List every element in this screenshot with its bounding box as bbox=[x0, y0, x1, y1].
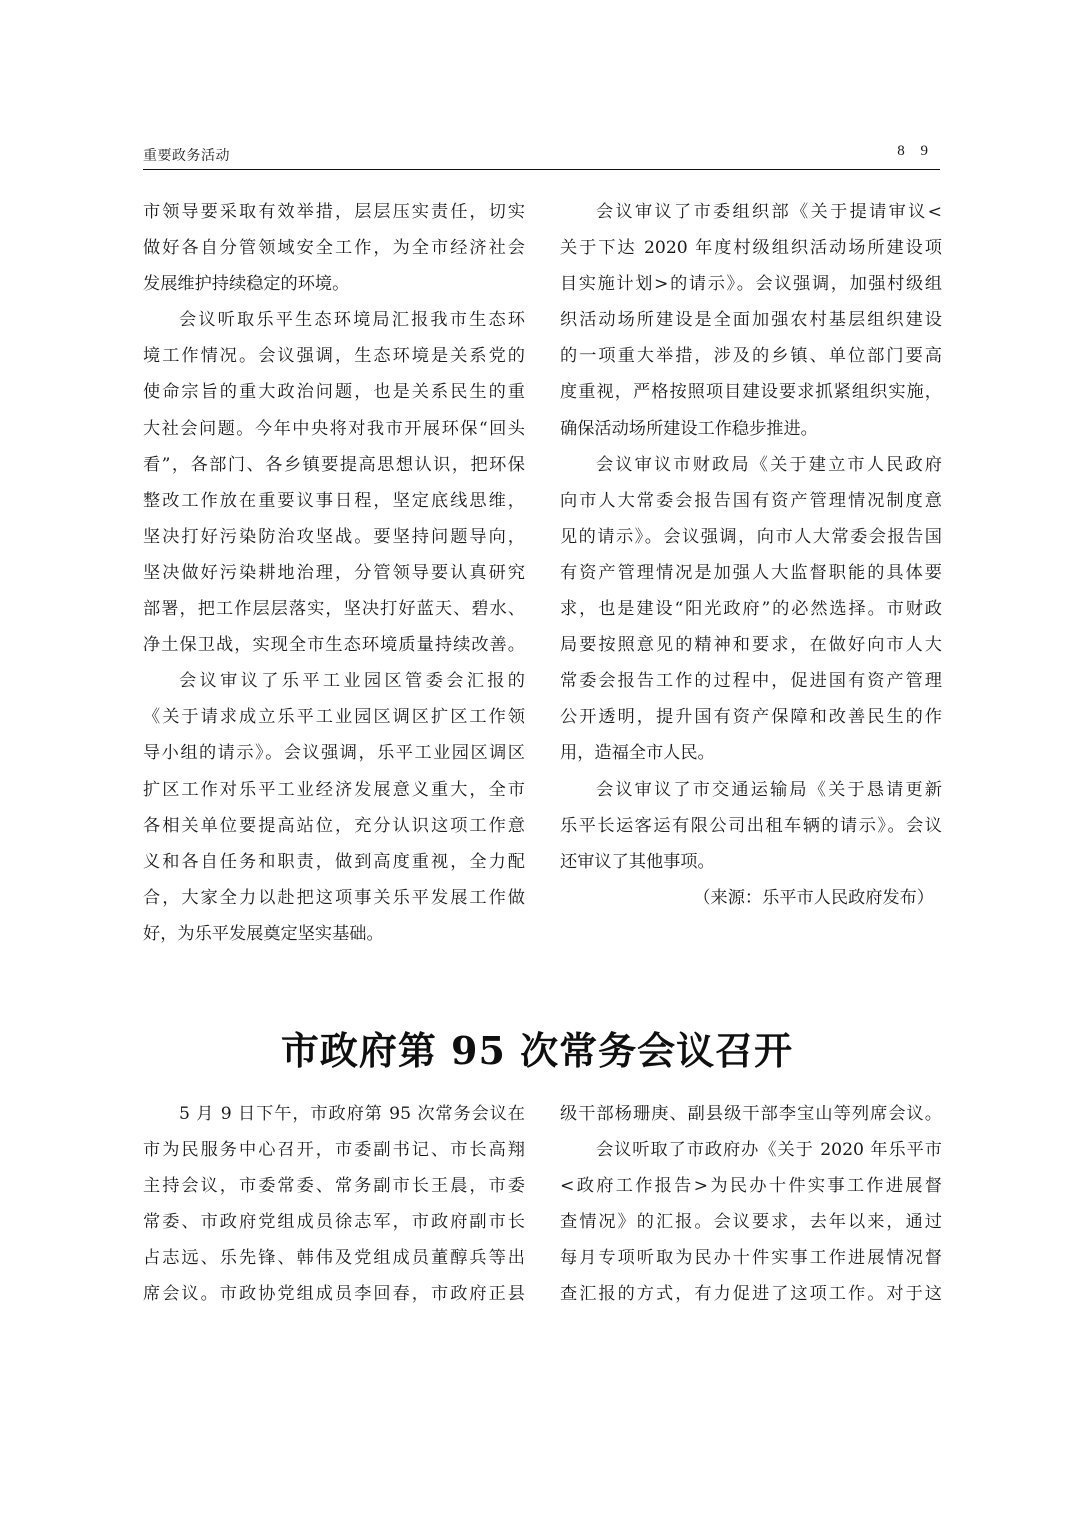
article2-title: 市政府第 95 次常务会议召开 bbox=[0, 1020, 1074, 1075]
paragraph-start-line: 会议听取乐平生态环境局汇报我市生态环 bbox=[143, 302, 525, 338]
text-line: 义和各自任务和职责，做到高度重视，全力配 bbox=[143, 844, 525, 880]
paragraph-start-line: 会议审议了市委组织部《关于提请审议< bbox=[560, 194, 942, 230]
text-line: 乐平长运客运有限公司出租车辆的请示》。会议 bbox=[560, 808, 942, 844]
text-line: 市领导要采取有效举措，层层压实责任，切实 bbox=[143, 194, 525, 230]
text-line: 度重视，严格按照项目建设要求抓紧组织实施， bbox=[560, 374, 942, 410]
paragraph-start-line: 会议审议市财政局《关于建立市人民政府 bbox=[560, 447, 942, 483]
paragraph-start-line: 会议审议了市交通运输局《关于恳请更新 bbox=[560, 772, 942, 808]
text-line: 关于下达 2020 年度村级组织活动场所建设项 bbox=[560, 230, 942, 266]
text-line: 合，大家全力以赴把这项事关乐平发展工作做 bbox=[143, 880, 525, 916]
text-line: 部署，把工作层层落实，坚决打好蓝天、碧水、 bbox=[143, 591, 525, 627]
text-line: 见的请示》。会议强调，向市人大常委会报告国 bbox=[560, 519, 942, 555]
text-line: 《关于请求成立乐平工业园区调区扩区工作领 bbox=[143, 699, 525, 735]
text-line: 主持会议，市委常委、常务副市长王晨，市委 bbox=[143, 1168, 525, 1204]
text-line: 净土保卫战，实现全市生态环境质量持续改善。 bbox=[143, 627, 525, 663]
text-line: 公开透明，提升国有资产保障和改善民生的作 bbox=[560, 699, 942, 735]
article2-left-column: 5 月 9 日下午，市政府第 95 次常务会议在市为民服务中心召开，市委副书记、… bbox=[143, 1096, 525, 1313]
text-line: 做好各自分管领域安全工作，为全市经济社会 bbox=[143, 230, 525, 266]
text-line: 境工作情况。会议强调，生态环境是关系党的 bbox=[143, 338, 525, 374]
text-line: 导小组的请示》。会议强调，乐平工业园区调区 bbox=[143, 735, 525, 771]
text-line: 发展维护持续稳定的环境。 bbox=[143, 266, 525, 302]
text-line: 目实施计划>的请示》。会议强调，加强村级组 bbox=[560, 266, 942, 302]
article2-right-column: 级干部杨珊庚、副县级干部李宝山等列席会议。会议听取了市政府办《关于 2020 年… bbox=[560, 1096, 942, 1313]
text-line: <政府工作报告>为民办十件实事工作进展督 bbox=[560, 1168, 942, 1204]
section-title: 重要政务活动 bbox=[143, 145, 230, 165]
article1-left-column: 市领导要采取有效举措，层层压实责任，切实做好各自分管领域安全工作，为全市经济社会… bbox=[143, 194, 525, 952]
text-line: 整改工作放在重要议事日程，坚定底线思维， bbox=[143, 483, 525, 519]
text-line: 看”，各部门、各乡镇要提高思想认识，把环保 bbox=[143, 447, 525, 483]
text-line: 扩区工作对乐平工业经济发展意义重大，全市 bbox=[143, 772, 525, 808]
paragraph-start-line: 会议听取了市政府办《关于 2020 年乐平市 bbox=[560, 1132, 942, 1168]
text-line: 向市人大常委会报告国有资产管理情况制度意 bbox=[560, 483, 942, 519]
paragraph-start-line: 会议审议了乐平工业园区管委会汇报的 bbox=[143, 663, 525, 699]
text-line: 占志远、乐先锋、韩伟及党组成员董醇兵等出 bbox=[143, 1240, 525, 1276]
text-line: 局要按照意见的精神和要求，在做好向市人大 bbox=[560, 627, 942, 663]
text-line: 使命宗旨的重大政治问题，也是关系民生的重 bbox=[143, 374, 525, 410]
text-line: 各相关单位要提高站位，充分认识这项工作意 bbox=[143, 808, 525, 844]
text-line: 坚决做好污染耕地治理，分管领导要认真研究 bbox=[143, 555, 525, 591]
text-line: 坚决打好污染防治攻坚战。要坚持问题导向， bbox=[143, 519, 525, 555]
running-header: 重要政务活动 8 9 bbox=[143, 143, 940, 170]
text-line: 还审议了其他事项。 bbox=[560, 844, 942, 880]
text-line: 织活动场所建设是全面加强农村基层组织建设 bbox=[560, 302, 942, 338]
text-line: 求，也是建设“阳光政府”的必然选择。市财政 bbox=[560, 591, 942, 627]
text-line: 好，为乐平发展奠定坚实基础。 bbox=[143, 916, 525, 952]
text-line: 大社会问题。今年中央将对我市开展环保“回头 bbox=[143, 411, 525, 447]
page-number: 8 9 bbox=[897, 143, 934, 160]
text-line: 席会议。市政协党组成员李回春，市政府正县 bbox=[143, 1276, 525, 1312]
text-line: 常委、市政府党组成员徐志军，市政府副市长 bbox=[143, 1204, 525, 1240]
source-attribution: （来源：乐平市人民政府发布） bbox=[560, 880, 942, 916]
text-line: 每月专项听取为民办十件实事工作进展情况督 bbox=[560, 1240, 942, 1276]
article1-right-column: 会议审议了市委组织部《关于提请审议<关于下达 2020 年度村级组织活动场所建设… bbox=[560, 194, 942, 916]
text-line: 级干部杨珊庚、副县级干部李宝山等列席会议。 bbox=[560, 1096, 942, 1132]
text-line: 查情况》的汇报。会议要求，去年以来，通过 bbox=[560, 1204, 942, 1240]
text-line: 有资产管理情况是加强人大监督职能的具体要 bbox=[560, 555, 942, 591]
text-line: 的一项重大举措，涉及的乡镇、单位部门要高 bbox=[560, 338, 942, 374]
text-line: 市为民服务中心召开，市委副书记、市长高翔 bbox=[143, 1132, 525, 1168]
text-line: 常委会报告工作的过程中，促进国有资产管理 bbox=[560, 663, 942, 699]
paragraph-start-line: 5 月 9 日下午，市政府第 95 次常务会议在 bbox=[143, 1096, 525, 1132]
text-line: 确保活动场所建设工作稳步推进。 bbox=[560, 411, 942, 447]
text-line: 用，造福全市人民。 bbox=[560, 735, 942, 771]
text-line: 查汇报的方式，有力促进了这项工作。对于这 bbox=[560, 1276, 942, 1312]
